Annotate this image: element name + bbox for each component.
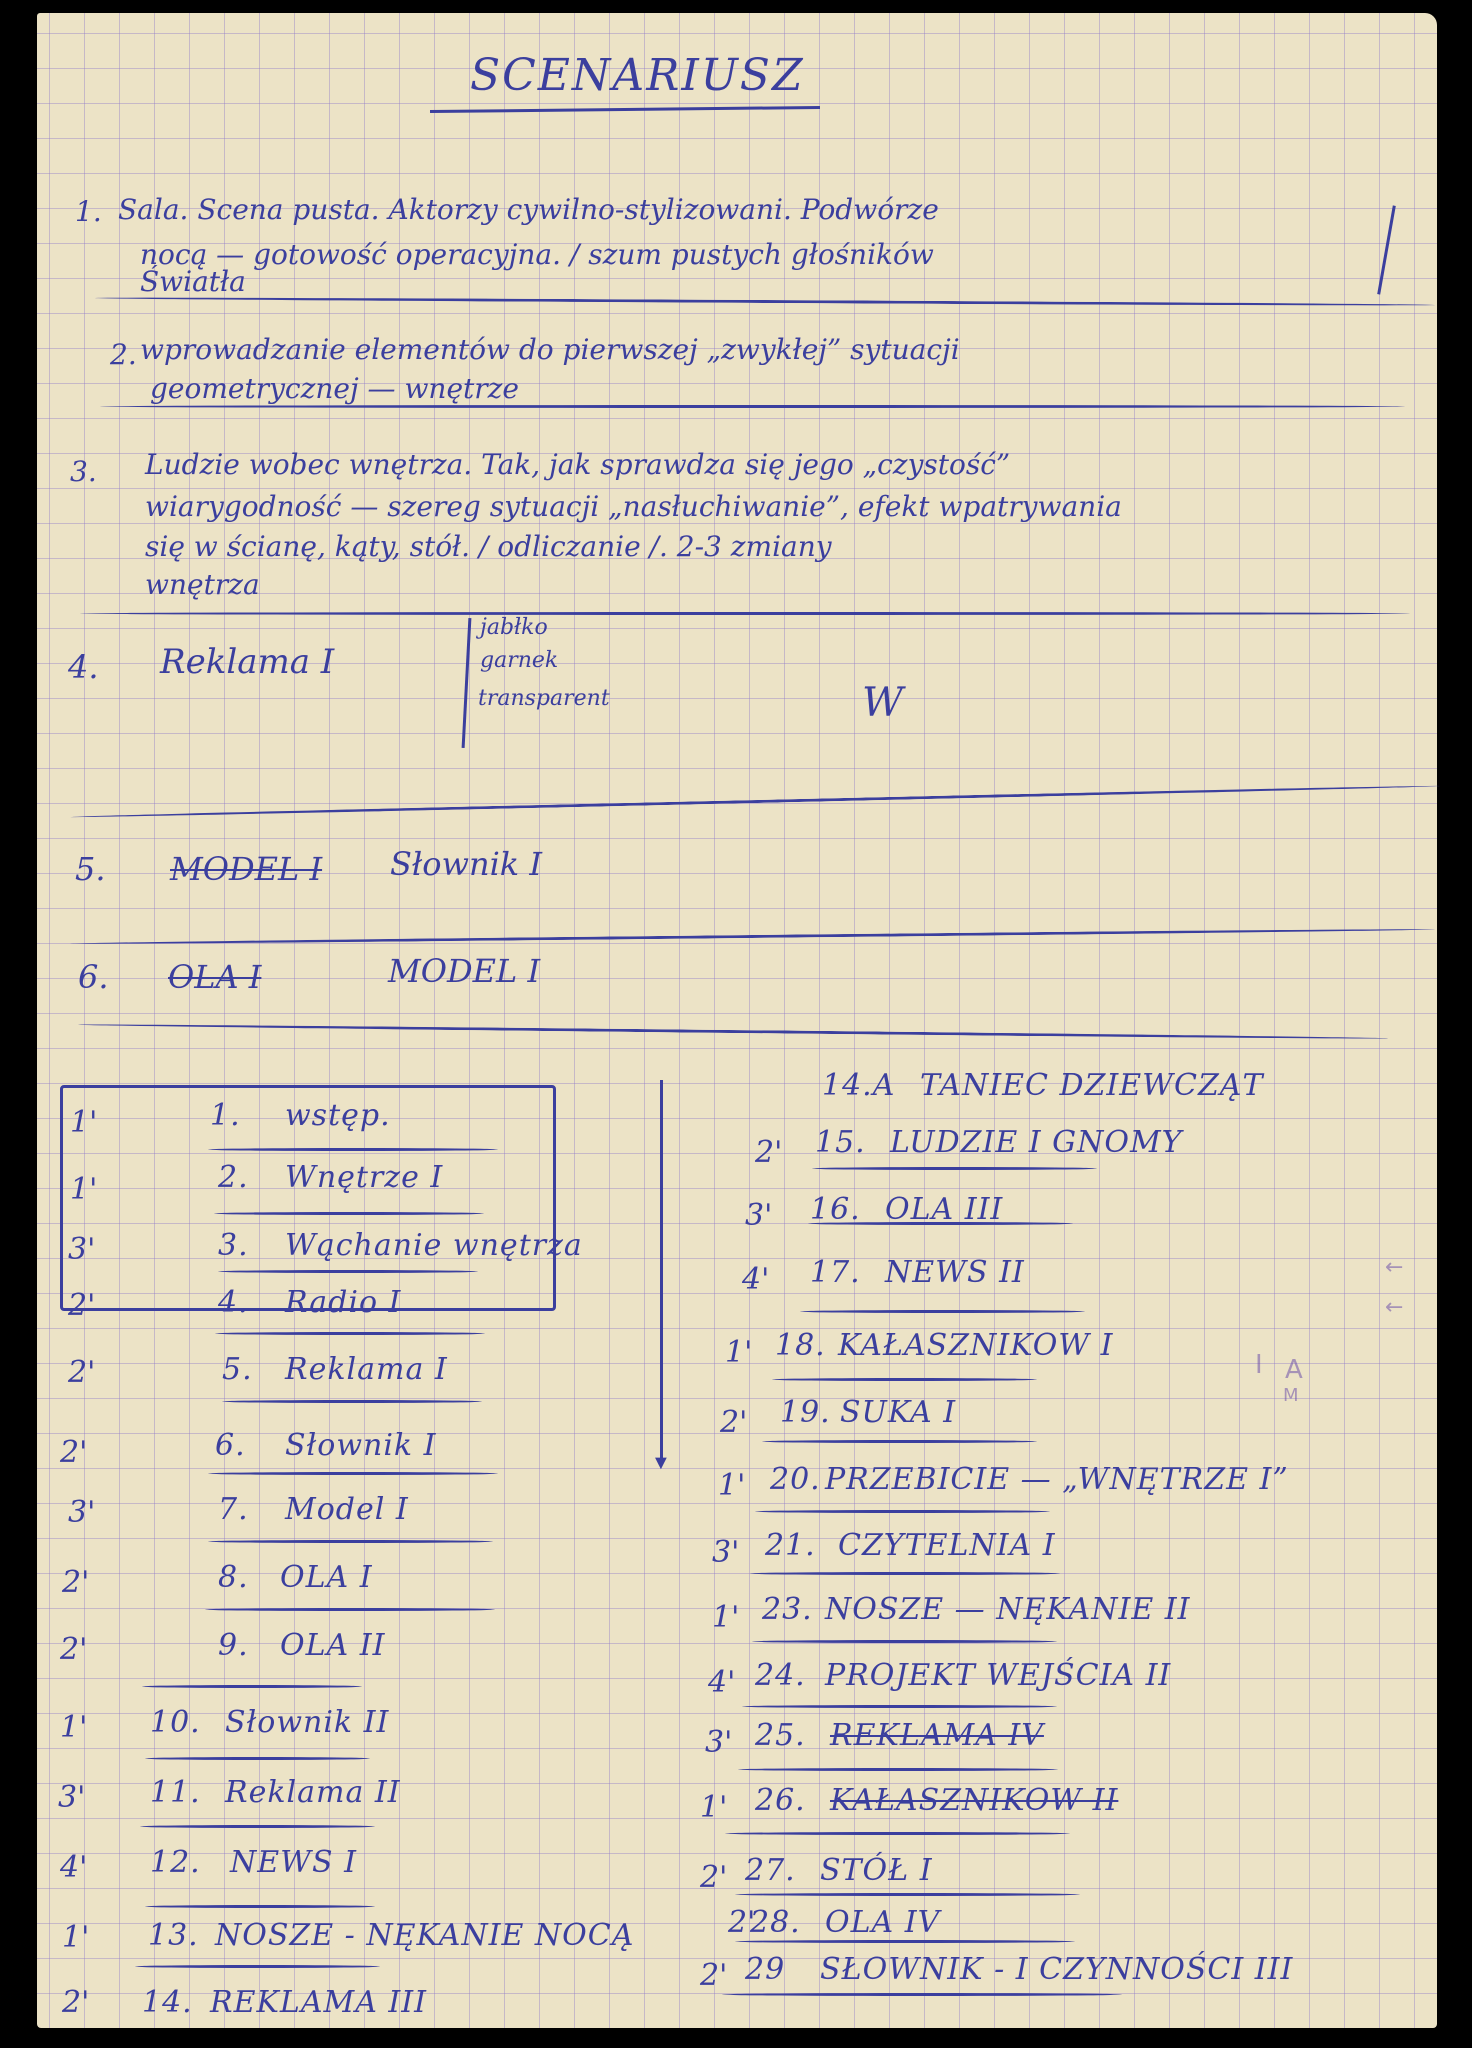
scene-number: 4. [218, 1285, 249, 1320]
scene-duration: 1' [700, 1790, 727, 1825]
note-3-number: 3. [70, 455, 97, 488]
note-4-number: 4. [68, 648, 99, 686]
note-6-label: MODEL I [388, 952, 540, 990]
scene-duration: 4' [708, 1665, 735, 1700]
note-2-line-1: wprowadzanie elementów do pierwszej „zwy… [140, 333, 960, 366]
note-3-line-1: Ludzie wobec wnętrza. Tak, jak sprawdza … [145, 448, 1010, 481]
note-6-struck: OLA I [168, 958, 261, 996]
scene-underline [750, 1572, 1060, 1575]
note-1-line-2: nocą — gotowość operacyjna. / szum pusty… [140, 238, 934, 271]
scene-underline [140, 1825, 375, 1828]
scene-underline [735, 1940, 1075, 1943]
scene-underline [738, 1768, 1058, 1771]
scene-number: 17. [810, 1255, 861, 1290]
scene-name: KAŁASZNIKOW II [830, 1783, 1118, 1818]
scene-duration: 1' [70, 1105, 97, 1140]
scene-duration: 2' [755, 1135, 782, 1170]
scene-underline [725, 1832, 1070, 1835]
note-6-number: 6. [78, 958, 109, 996]
scene-duration: 1' [60, 1710, 87, 1745]
scene-underline [145, 1905, 375, 1908]
scene-name: SUKA I [840, 1395, 956, 1430]
divider-3 [80, 612, 1410, 615]
scene-underline [208, 1472, 498, 1475]
scene-underline [742, 1705, 1057, 1708]
arrow-down-icon: ▼ [651, 1452, 671, 1475]
scene-name: REKLAMA IV [830, 1718, 1044, 1753]
scene-number: 21. [765, 1528, 816, 1563]
scene-number: 27. [745, 1853, 796, 1888]
scene-number: 14. [142, 1985, 193, 2020]
scene-number: 5. [222, 1352, 253, 1387]
scene-number: 15. [815, 1125, 866, 1160]
scene-underline [762, 1440, 1037, 1443]
scene-number: 25. [755, 1718, 806, 1753]
note-4-label: Reklama I [160, 642, 334, 682]
scene-name: SŁOWNIK - I CZYNNOŚCI III [820, 1952, 1293, 1987]
scene-underline [752, 1640, 1057, 1643]
note-4-item-2: garnek [480, 648, 558, 673]
scene-underline [214, 1212, 484, 1215]
scene-name: Reklama II [225, 1775, 401, 1810]
scene-underline [215, 1332, 485, 1335]
scene-duration: 2' [62, 1985, 89, 2020]
scene-duration: 4' [60, 1850, 87, 1885]
note-1-line-1: Sala. Scena pusta. Aktorzy cywilno-styli… [118, 193, 939, 226]
scene-underline [208, 1540, 493, 1543]
note-1-line-3: Światła [140, 265, 246, 298]
scene-duration: 2' [720, 1405, 747, 1440]
scene-name: NOSZE - NĘKANIE NOCĄ [215, 1918, 634, 1953]
scene-name: OLA I [280, 1560, 373, 1595]
scene-number: 8. [218, 1560, 249, 1595]
scene-underline [812, 1167, 1097, 1170]
scene-duration: 2' [68, 1288, 95, 1323]
note-3-line-2: wiarygodność — szereg sytuacji „nasłuchi… [145, 490, 1122, 523]
scene-number: 13. [148, 1918, 199, 1953]
scene-duration: 2' [68, 1355, 95, 1390]
scene-underline [722, 1993, 1122, 1996]
note-4-item-3: transparent [478, 686, 610, 711]
scene-name: TANIEC DZIEWCZĄT [920, 1068, 1263, 1103]
scene-number: 20. [770, 1462, 821, 1497]
note-4-mark: W [862, 680, 903, 726]
scene-name: Reklama I [285, 1352, 448, 1387]
note-4-item-1: jabłko [480, 615, 548, 640]
page-title: SCENARIUSZ [470, 50, 805, 101]
scene-underline [218, 1270, 478, 1273]
scene-number: 7. [218, 1492, 249, 1527]
continuation-arrow [660, 1080, 663, 1460]
scene-underline [800, 1310, 1085, 1313]
scene-name: OLA II [280, 1628, 385, 1663]
scene-name: Radio I [285, 1285, 401, 1320]
scene-name: NOSZE — NĘKANIE II [825, 1592, 1190, 1627]
scene-number: 11. [150, 1775, 201, 1810]
scene-duration: 3' [68, 1495, 95, 1530]
scene-name: wstęp. [285, 1098, 391, 1133]
stamp-mark: A [1285, 1355, 1303, 1385]
scene-number: 10. [150, 1705, 201, 1740]
scene-underline [222, 1400, 482, 1403]
scene-duration: 3' [68, 1232, 95, 1267]
stamp-mark: M [1283, 1385, 1299, 1406]
scene-duration: 2' [700, 1958, 727, 1993]
scene-underline [735, 1893, 1080, 1896]
scene-duration: 2' [60, 1632, 87, 1667]
scene-name: LUDZIE I GNOMY [890, 1125, 1182, 1160]
scene-number: 24. [755, 1658, 806, 1693]
scene-name: CZYTELNIA I [838, 1528, 1056, 1563]
scene-underline [145, 1757, 370, 1760]
scene-duration: 3' [712, 1535, 739, 1570]
scene-number: 3. [218, 1228, 249, 1263]
scene-duration: 1' [70, 1172, 97, 1207]
note-3-line-4: wnętrza [145, 568, 260, 601]
note-2-line-2: geometrycznej — wnętrze [150, 372, 519, 405]
scene-underline [135, 1965, 380, 1968]
note-5-number: 5. [75, 850, 106, 888]
scene-name: OLA IV [825, 1905, 940, 1940]
scene-name: NEWS I [230, 1845, 357, 1880]
note-5-label: Słownik I [390, 845, 542, 883]
scene-duration: 2' [60, 1435, 87, 1470]
scene-underline [142, 1685, 362, 1688]
scene-duration: 1' [62, 1920, 89, 1955]
scene-name: REKLAMA III [210, 1985, 427, 2020]
scene-underline [755, 1510, 1050, 1513]
scene-name: Słownik II [225, 1705, 389, 1740]
scene-number: 29 [745, 1952, 785, 1987]
scene-number: 6. [215, 1428, 246, 1463]
scene-number: 12. [150, 1845, 201, 1880]
scene-name: Model I [285, 1492, 409, 1527]
scene-name: Słownik I [285, 1428, 437, 1463]
scene-name: KAŁASZNIKOW I [838, 1328, 1114, 1363]
note-2-number: 2. [110, 338, 137, 371]
scene-duration: 3' [58, 1780, 85, 1815]
scene-duration: 1' [718, 1468, 745, 1503]
scene-underline [808, 1222, 1073, 1225]
divider-2 [100, 405, 1405, 408]
scene-name: PRZEBICIE — „WNĘTRZE I” [825, 1462, 1289, 1497]
scene-underline [205, 1608, 495, 1611]
scene-number: 19. [780, 1395, 831, 1430]
scene-name: NEWS II [885, 1255, 1025, 1290]
arrow-left-icon: ← [1385, 1295, 1403, 1320]
scene-duration: 1' [725, 1335, 752, 1370]
scene-number: 28. [750, 1905, 801, 1940]
scene-underline [772, 1378, 1037, 1381]
scene-name: STÓŁ I [820, 1853, 933, 1888]
scene-number: 9. [218, 1628, 249, 1663]
scene-number: 2. [218, 1160, 249, 1195]
scene-underline [208, 1148, 498, 1151]
note-3-line-3: się w ścianę, kąty, stół. / odliczanie /… [145, 530, 832, 563]
scene-number: 1. [210, 1098, 241, 1133]
scene-duration: 3' [745, 1198, 772, 1233]
stamp-mark: I [1255, 1350, 1263, 1380]
scene-duration: 1' [712, 1600, 739, 1635]
scene-number: 23. [762, 1592, 813, 1627]
note-5-struck: MODEL I [170, 850, 322, 888]
note-1-number: 1. [75, 195, 102, 228]
scene-duration: 2' [62, 1565, 89, 1600]
scene-number: 18. [775, 1328, 826, 1363]
scene-duration: 4' [742, 1262, 769, 1297]
scene-number: 26. [755, 1783, 806, 1818]
scene-number: 14.A [822, 1068, 895, 1103]
scene-name: Wąchanie wnętrza [285, 1228, 583, 1263]
scene-name: Wnętrze I [285, 1160, 443, 1195]
scene-name: PROJEKT WEJŚCIA II [825, 1658, 1171, 1693]
arrow-left-icon: ← [1385, 1255, 1403, 1280]
scene-duration: 3' [705, 1725, 732, 1760]
scene-duration: 2' [700, 1860, 727, 1895]
